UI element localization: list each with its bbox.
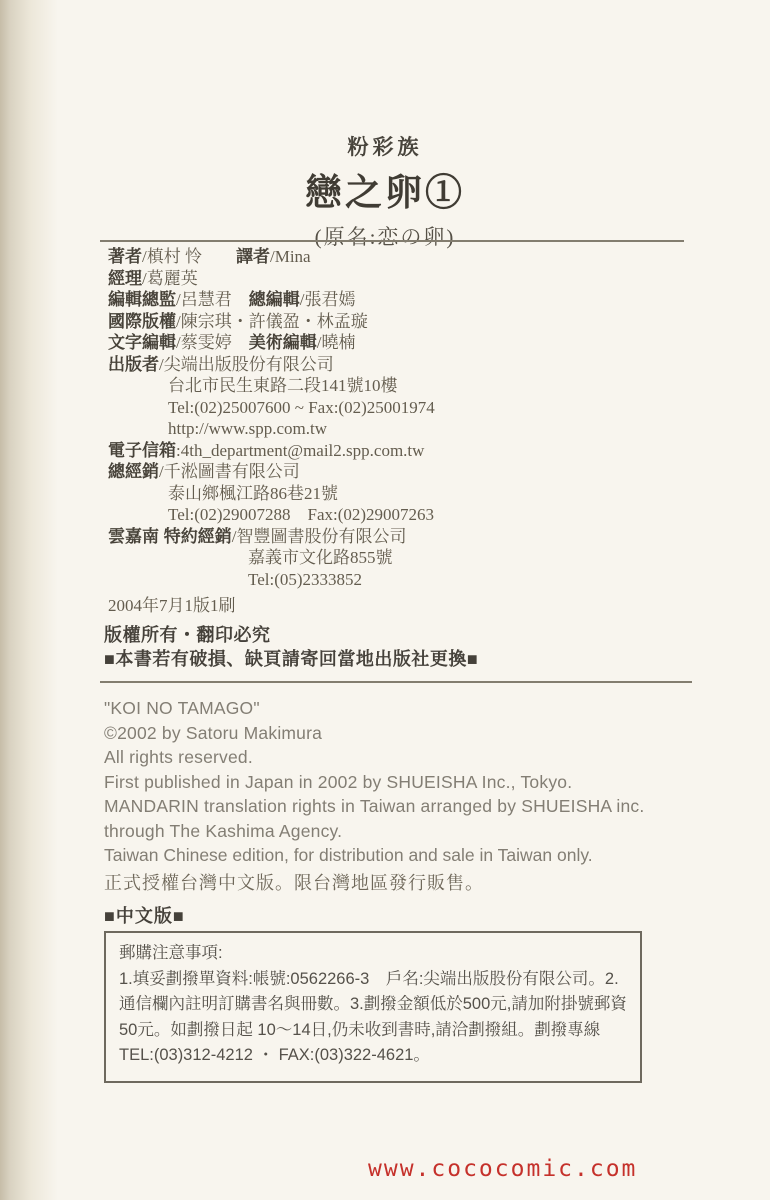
- credit-line: 台北市民生東路二段141號10樓: [108, 375, 435, 397]
- mail-order-box: 郵購注意事項: 1.填妥劃撥單資料:帳號:0562266-3 戶名:尖端出版股份…: [104, 931, 642, 1083]
- credit-value: 泰山鄉楓江路86巷21號: [168, 484, 338, 503]
- rights-reserved-line: 版權所有・翻印必究: [104, 624, 478, 648]
- credit-line: 經理/葛麗英: [108, 268, 435, 290]
- credit-line: 著者/槙村 怜 譯者/Mina: [108, 246, 435, 268]
- english-copyright-line: MANDARIN translation rights in Taiwan ar…: [104, 794, 644, 819]
- credit-role-label: 電子信箱: [108, 441, 176, 460]
- credit-line: Tel:(02)25007600 ~ Fax:(02)25001974: [108, 397, 435, 419]
- credit-value-2: /Mina: [270, 247, 311, 266]
- credit-value: :4th_department@mail2.spp.com.tw: [176, 441, 424, 460]
- english-copyright-line: ©2002 by Satoru Makimura: [104, 721, 644, 746]
- credit-role-label: 編輯總監: [108, 290, 176, 309]
- credit-value: /千淞圖書有限公司: [159, 462, 300, 481]
- credit-line: 嘉義市文化路855號: [108, 547, 435, 569]
- credit-value: /葛麗英: [142, 269, 198, 288]
- credit-value: /尖端出版股份有限公司: [159, 355, 334, 374]
- credit-line: 編輯總監/呂慧君 總編輯/張君嫣: [108, 289, 435, 311]
- credit-line: Tel:(05)2333852: [108, 569, 435, 591]
- credit-role-label: 雲嘉南 特約經銷: [108, 527, 232, 546]
- site-watermark: www.cococomic.com: [368, 1156, 637, 1182]
- credit-value: /蔡雯婷: [176, 333, 249, 352]
- credit-value: /槙村 怜: [142, 247, 236, 266]
- english-copyright-line: through The Kashima Agency.: [104, 819, 644, 844]
- credit-line: 國際版權/陳宗琪・許儀盈・林孟璇: [108, 311, 435, 333]
- damage-replacement-line: ■本書若有破損、缺頁請寄回當地出版社更換■: [104, 648, 478, 672]
- book-title: 戀之卵①: [0, 162, 770, 216]
- credit-value: 嘉義市文化路855號: [248, 548, 393, 567]
- divider-top: [100, 240, 684, 242]
- credit-value: Tel:(02)29007288 Fax:(02)29007263: [168, 505, 434, 524]
- taiwan-edition-chinese: 正式授權台灣中文版。限台灣地區發行販售。: [104, 869, 484, 895]
- credit-line: 電子信箱:4th_department@mail2.spp.com.tw: [108, 440, 435, 462]
- credit-role-label-2: 總編輯: [249, 290, 300, 309]
- english-copyright-block: "KOI NO TAMAGO"©2002 by Satoru MakimuraA…: [104, 696, 644, 844]
- credit-role-label: 著者: [108, 247, 142, 266]
- credit-value-2: /張君嫣: [300, 290, 356, 309]
- english-copyright-line: "KOI NO TAMAGO": [104, 696, 644, 721]
- credit-role-label: 出版者: [108, 355, 159, 374]
- title-block: 粉彩族 戀之卵① (原名:恋の卵): [0, 131, 770, 251]
- series-name: 粉彩族: [0, 131, 770, 161]
- legal-notice-block: 版權所有・翻印必究 ■本書若有破損、缺頁請寄回當地出版社更換■: [104, 624, 478, 671]
- english-copyright-line: All rights reserved.: [104, 745, 644, 770]
- english-copyright-line: First published in Japan in 2002 by SHUE…: [104, 770, 644, 795]
- credit-role-label-2: 譯者: [236, 247, 270, 266]
- credit-role-label: 總經銷: [108, 462, 159, 481]
- credit-value: /呂慧君: [176, 290, 249, 309]
- credit-role-label-2: 美術編輯: [249, 333, 317, 352]
- credit-role-label: 國際版權: [108, 312, 176, 331]
- credit-value: Tel:(05)2333852: [248, 570, 362, 589]
- credit-line: http://www.spp.com.tw: [108, 418, 435, 440]
- credit-value: Tel:(02)25007600 ~ Fax:(02)25001974: [168, 398, 435, 417]
- credit-line: 總經銷/千淞圖書有限公司: [108, 461, 435, 483]
- credit-line: 文字編輯/蔡雯婷 美術編輯/曉楠: [108, 332, 435, 354]
- mail-order-heading: 郵購注意事項:: [119, 941, 627, 967]
- credit-line: 出版者/尖端出版股份有限公司: [108, 354, 435, 376]
- credit-value: 台北市民生東路二段141號10樓: [168, 376, 398, 395]
- credit-line: Tel:(02)29007288 Fax:(02)29007263: [108, 504, 435, 526]
- chinese-edition-label: ■中文版■: [104, 902, 185, 928]
- credit-value: http://www.spp.com.tw: [168, 419, 327, 438]
- mail-order-body: 1.填妥劃撥單資料:帳號:0562266-3 戶名:尖端出版股份有限公司。2.通…: [119, 967, 627, 1069]
- credit-role-label: 文字編輯: [108, 333, 176, 352]
- edition-date: 2004年7月1版1刷: [108, 591, 236, 616]
- credit-value-2: /曉楠: [317, 333, 356, 352]
- divider-bottom: [100, 681, 692, 683]
- credit-line: 泰山鄉楓江路86巷21號: [108, 483, 435, 505]
- credit-value: /智豐圖書股份有限公司: [232, 527, 407, 546]
- credits-list: 著者/槙村 怜 譯者/Mina經理/葛麗英編輯總監/呂慧君 總編輯/張君嫣國際版…: [108, 246, 435, 590]
- credit-value: /陳宗琪・許儀盈・林孟璇: [176, 312, 368, 331]
- credit-role-label: 經理: [108, 269, 142, 288]
- credit-line: 雲嘉南 特約經銷/智豐圖書股份有限公司: [108, 526, 435, 548]
- taiwan-edition-english: Taiwan Chinese edition, for distribution…: [104, 845, 593, 866]
- book-colophon-page: 粉彩族 戀之卵① (原名:恋の卵) 著者/槙村 怜 譯者/Mina經理/葛麗英編…: [0, 0, 770, 1200]
